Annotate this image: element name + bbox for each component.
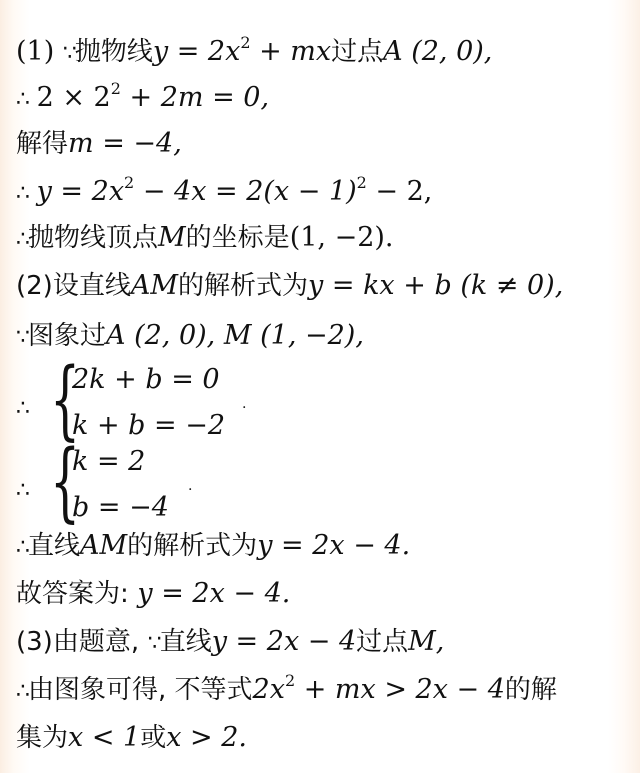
text: 过点 [331, 37, 383, 67]
math: y = 2x − 4. [137, 578, 290, 609]
text: 抛物线 [75, 37, 153, 67]
math: x > 2. [166, 722, 247, 753]
because-symbol: ∵ [148, 631, 160, 656]
math: y = 2x − 4 [212, 626, 356, 657]
text: 或 [140, 723, 166, 753]
math: y = kx + b (k ≠ 0), [308, 270, 563, 301]
text: 过点 [356, 627, 408, 657]
line-part1-given: (1) ∵抛物线y = 2x2 + mx过点A (2, 0), [16, 34, 492, 72]
math: M [158, 222, 186, 253]
line-inequality: ∴由图象可得, 不等式2x2 + mx > 2x − 4的解 [16, 672, 557, 710]
line-part2-setup: (2)设直线AM的解析式为y = kx + b (k ≠ 0), [16, 268, 563, 304]
line-answer: 故答案为: y = 2x − 4. [16, 576, 290, 612]
text: 故答案为: [16, 579, 129, 609]
period: . [242, 396, 246, 412]
line-substitute: ∴ 2 × 22 + 2m = 0, [16, 80, 269, 118]
math: y = 2x [37, 176, 124, 207]
text: 直线 [160, 627, 212, 657]
line-part3-setup: (3)由题意, ∵直线y = 2x − 4过点M, [16, 624, 444, 662]
line-vertex-form: ∴ y = 2x2 − 4x = 2(x − 1)2 − 2, [16, 174, 432, 212]
equation-system-2: ∴ { k = 2 b = −4 . [16, 442, 276, 534]
period: . [188, 478, 192, 494]
text: 解得 [16, 129, 68, 159]
exponent: 2 [357, 173, 367, 192]
therefore-symbol: ∴ [16, 535, 28, 560]
math: + 2m = 0, [121, 82, 269, 113]
solution-document: (1) ∵抛物线y = 2x2 + mx过点A (2, 0), ∴ 2 × 22… [0, 0, 640, 773]
text: 抛物线顶点 [28, 223, 158, 253]
math: AM [80, 530, 127, 561]
text: 的坐标是 [186, 223, 290, 253]
math: AM [131, 270, 178, 301]
equation: 2k + b = 0 [72, 362, 220, 398]
math: + mx [251, 36, 332, 67]
math: M (1, −2), [224, 320, 364, 351]
text: 的解析式为 [178, 271, 308, 301]
exponent: 2 [240, 33, 250, 52]
text: 直线 [28, 531, 80, 561]
math: A (2, 0), [383, 36, 492, 67]
equation: b = −4 [72, 490, 169, 526]
because-symbol: ∵ [16, 325, 28, 350]
math: A (2, 0), [106, 320, 215, 351]
exponent: 2 [124, 173, 134, 192]
math: y = 2x [153, 36, 240, 67]
math: − 2, [367, 176, 433, 207]
line-solve-m: 解得m = −4, [16, 126, 182, 162]
math: m = −4, [68, 128, 182, 159]
therefore-symbol: ∴ [16, 87, 28, 112]
text: 由题意, [53, 627, 139, 657]
part-label: (2) [16, 271, 53, 301]
therefore-symbol: ∴ [16, 227, 28, 252]
math: M, [408, 626, 444, 657]
math: − 4x = 2(x − 1) [134, 176, 356, 207]
line-solution-set: 集为x < 1或x > 2. [16, 720, 247, 756]
part-label: (1) [16, 36, 54, 67]
text: 的解 [505, 675, 557, 705]
math: 2 × 2 [37, 82, 111, 113]
math: (1, −2). [290, 222, 394, 253]
part-label: (3) [16, 627, 53, 657]
exponent: 2 [285, 671, 295, 690]
math: x < 1 [68, 722, 140, 753]
because-symbol: ∵ [63, 41, 75, 66]
math: + mx > 2x − 4 [295, 674, 505, 705]
therefore-symbol: ∴ [16, 181, 28, 206]
text: 图象过 [28, 321, 106, 351]
equation: k + b = −2 [72, 408, 225, 444]
math: 2x [253, 674, 285, 705]
therefore-symbol: ∴ [16, 478, 30, 503]
line-vertex-coord: ∴抛物线顶点M的坐标是(1, −2). [16, 220, 393, 258]
text: 集为 [16, 723, 68, 753]
text: 的解析式为 [127, 531, 257, 561]
equation: k = 2 [72, 444, 145, 480]
text: 设直线 [53, 271, 131, 301]
exponent: 2 [111, 79, 121, 98]
therefore-symbol: ∴ [16, 679, 28, 704]
text: 由图象可得, 不等式 [28, 675, 253, 705]
therefore-symbol: ∴ [16, 396, 30, 421]
line-am-result: ∴直线AM的解析式为y = 2x − 4. [16, 528, 410, 566]
math: y = 2x − 4. [257, 530, 410, 561]
